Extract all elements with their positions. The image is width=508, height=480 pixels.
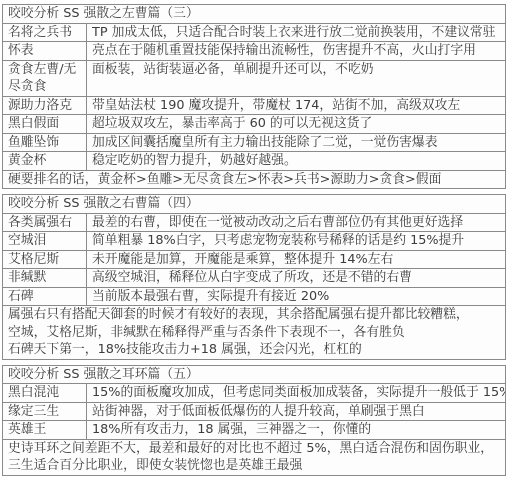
footer-line: 史诗耳环之间差距不大，最差和最好的对比也不超过 5%，黑白适合混伤和固伤职业， [8,440,500,458]
summary-note: 属强右只有搭配天御套的时候才有较好的表现，其余搭配属强右提升都比较糟糕， 空城，… [3,306,505,359]
table-title-row: 咬咬分析 SS 强散之耳环篇（五） [3,366,505,384]
item-name: 黑白假面 [3,115,87,133]
table-left-slot: 咬咬分析 SS 强散之左曹篇（三） 名将之兵书 TP 加成太低，只适合配合时装上… [2,4,506,189]
table-right-slot: 咬咬分析 SS 强散之右曹篇（四） 各类属强右 最差的右曹，即使在一觉被动改动之… [2,194,506,360]
item-name: 空城泪 [3,232,87,250]
table-row: 怀表 亮点在于随机重置技能保持输出流畅性，伤害提升不高，火山打字用 [3,41,505,60]
item-desc: 面板装，站街装逼必备，单刷提升还可以，不吃奶 [87,61,505,96]
item-desc: 当前版本最强右曹，实际提升有接近 20% [87,288,505,306]
item-desc: TP 加成太低，只适合配合时装上衣来进行放二觉前换装用，不建议常驻 [87,24,505,42]
table-row: 贪食左曹/无尽贪食 面板装，站街装逼必备，单刷提升还可以，不吃奶 [3,60,505,96]
summary-note: 史诗耳环之间差距不大，最差和最好的对比也不超过 5%，黑白适合混伤和固伤职业， … [3,440,505,475]
table-title-row: 咬咬分析 SS 强散之左曹篇（三） [3,5,505,23]
item-desc: 高级空城泪，稀释位从白字变成了所攻，还是不错的右曹 [87,269,505,287]
item-desc: 18%所有攻击力，18 属强，三神器之一，你懂的 [87,421,505,439]
footer-line: 硬要排名的话，黄金杯>鱼雕>无尽贪食左>怀表>兵书>源助力>贪食>假面 [8,171,500,189]
item-name: 怀表 [3,42,87,60]
item-desc: 稳定吃奶的智力提升，奶越好越强。 [87,152,505,170]
table-row: 鱼雕坠饰 加成区间囊括魔皇所有主力输出技能除了二觉，一觉伤害爆表 [3,133,505,152]
table-row: 空城泪 简单粗暴 18%白字，只考虑宠物宠装称号稀释的话是约 15%提升 [3,231,505,250]
item-name: 鱼雕坠饰 [3,134,87,152]
table-earring: 咬咬分析 SS 强散之耳环篇（五） 黑白混沌 15%的面板魔攻加成，但考虑同类面… [2,365,506,476]
table-row: 英雄王 18%所有攻击力，18 属强，三神器之一，你懂的 [3,420,505,439]
table-row: 黄金杯 稳定吃奶的智力提升，奶越好越强。 [3,151,505,170]
table-title: 咬咬分析 SS 强散之右曹篇（四） [3,195,505,213]
footer-line: 石碑天下第一，18%技能攻击力+18 属强，还会闪光，杠杠的 [8,341,500,359]
table-row: 缘定三生 站街神器，对于低面板低爆伤的人提升较高，单刷强于黑白 [3,402,505,421]
table-row: 黑白混沌 15%的面板魔攻加成，但考虑同类面板加成装备，实际提升一般低于 15% [3,383,505,402]
item-name: 艾格尼斯 [3,251,87,269]
item-desc: 15%的面板魔攻加成，但考虑同类面板加成装备，实际提升一般低于 15% [87,384,505,402]
item-desc: 未开魔能是加算，开魔能是乘算，整体提升 14%左右 [87,251,505,269]
item-name: 非缄默 [3,269,87,287]
table-row: 黑白假面 超垃圾双攻左，暴击率高于 60 的可以无视这货了 [3,114,505,133]
table-title: 咬咬分析 SS 强散之左曹篇（三） [3,5,505,23]
item-desc: 超垃圾双攻左，暴击率高于 60 的可以无视这货了 [87,115,505,133]
item-name: 黑白混沌 [3,384,87,402]
item-desc: 亮点在于随机重置技能保持输出流畅性，伤害提升不高，火山打字用 [87,42,505,60]
item-name: 名将之兵书 [3,24,87,42]
footer-line: 三生适合百分比职业，即使女装恍惚也是英雄王最强 [8,457,500,475]
item-desc: 带皇姑法杖 190 魔攻提升，带魔杖 174，站街不加，高级双攻左 [87,97,505,115]
item-name: 缘定三生 [3,403,87,421]
table-row: 各类属强右 最差的右曹，即使在一觉被动改动之后右曹部位仍有其他更好选择 [3,213,505,232]
item-name: 源助力洛克 [3,97,87,115]
table-row: 艾格尼斯 未开魔能是加算，开魔能是乘算，整体提升 14%左右 [3,250,505,269]
item-name: 黄金杯 [3,152,87,170]
table-title: 咬咬分析 SS 强散之耳环篇（五） [3,366,505,384]
item-desc: 最差的右曹，即使在一觉被动改动之后右曹部位仍有其他更好选择 [87,214,505,232]
item-desc: 简单粗暴 18%白字，只考虑宠物宠装称号稀释的话是约 15%提升 [87,232,505,250]
footer-line: 空城，艾格尼斯，非缄默在稀释得严重与否条件下表现不一，各有胜负 [8,324,500,342]
ranking-note: 硬要排名的话，黄金杯>鱼雕>无尽贪食左>怀表>兵书>源助力>贪食>假面 [3,171,505,189]
footer-line: 属强右只有搭配天御套的时候才有较好的表现，其余搭配属强右提升都比较糟糕， [8,306,500,324]
table-footer-row: 史诗耳环之间差距不大，最差和最好的对比也不超过 5%，黑白适合混伤和固伤职业， … [3,439,505,475]
document-page: 咬咬分析 SS 强散之左曹篇（三） 名将之兵书 TP 加成太低，只适合配合时装上… [0,0,508,476]
item-name: 贪食左曹/无尽贪食 [3,61,87,96]
item-desc: 加成区间囊括魔皇所有主力输出技能除了二觉，一觉伤害爆表 [87,134,505,152]
table-footer-row: 硬要排名的话，黄金杯>鱼雕>无尽贪食左>怀表>兵书>源助力>贪食>假面 [3,170,505,189]
table-footer-row: 属强右只有搭配天御套的时候才有较好的表现，其余搭配属强右提升都比较糟糕， 空城，… [3,305,505,359]
table-row: 石碑 当前版本最强右曹，实际提升有接近 20% [3,287,505,306]
table-row: 非缄默 高级空城泪，稀释位从白字变成了所攻，还是不错的右曹 [3,268,505,287]
table-title-row: 咬咬分析 SS 强散之右曹篇（四） [3,195,505,213]
item-desc: 站街神器，对于低面板低爆伤的人提升较高，单刷强于黑白 [87,403,505,421]
item-name: 英雄王 [3,421,87,439]
table-row: 名将之兵书 TP 加成太低，只适合配合时装上衣来进行放二觉前换装用，不建议常驻 [3,23,505,42]
item-name: 各类属强右 [3,214,87,232]
item-name: 石碑 [3,288,87,306]
table-row: 源助力洛克 带皇姑法杖 190 魔攻提升，带魔杖 174，站街不加，高级双攻左 [3,96,505,115]
